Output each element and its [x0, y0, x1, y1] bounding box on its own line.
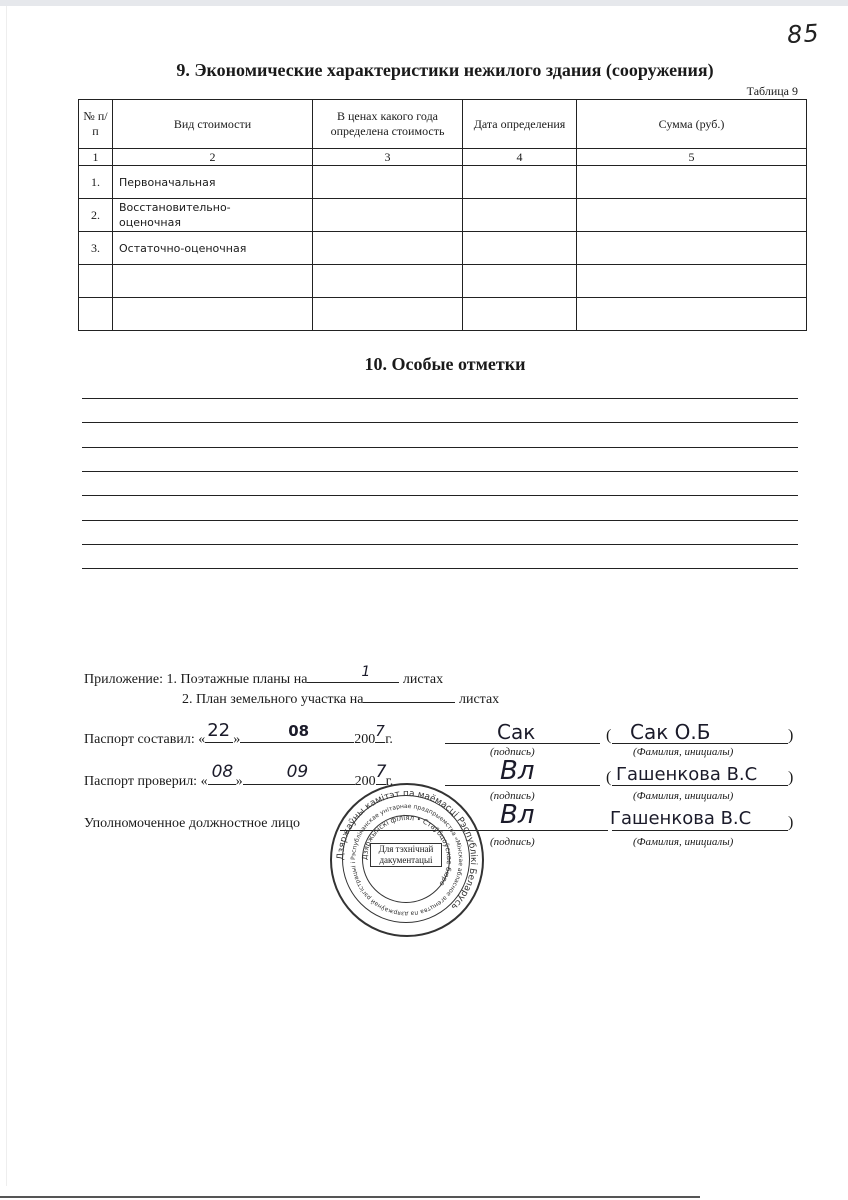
authorized-signature: Вл — [500, 800, 534, 830]
official-seal: Дзяржаўны камітэт па маёмасці Рэспублікі… — [330, 783, 484, 937]
open-paren: ( — [606, 769, 611, 787]
cost-type-cell: Первоначальная — [113, 166, 313, 199]
cost-type-cell — [113, 298, 313, 331]
table-header-row: № п/п Вид стоимости В ценах какого года … — [79, 100, 807, 149]
special-notes-line[interactable] — [82, 447, 798, 448]
row-number — [79, 298, 113, 331]
name-caption: (Фамилия, инициалы) — [633, 790, 733, 802]
header-number: № п/п — [79, 100, 113, 149]
cost-type-cell: Восстановительно-оценочная — [113, 199, 313, 232]
special-notes-line[interactable] — [82, 544, 798, 545]
passport-compiled-row: Паспорт составил: «22»082007г. — [84, 728, 393, 748]
special-notes-line[interactable] — [82, 422, 798, 423]
header-sum: Сумма (руб.) — [577, 100, 807, 149]
scan-edge-bottom — [0, 1196, 700, 1198]
quote: » — [233, 732, 240, 747]
row-number: 2. — [79, 199, 113, 232]
price-year-cell — [313, 166, 463, 199]
year-prefix: 200 — [354, 732, 375, 747]
checked-name-line — [612, 785, 788, 786]
compiled-month: 08 — [288, 722, 309, 740]
special-notes-line[interactable] — [82, 520, 798, 521]
cost-type-cell: Остаточно-оценочная — [113, 232, 313, 265]
appendix-item-1: Приложение: 1. Поэтажные планы на1 листа… — [84, 668, 443, 688]
row-number: 3. — [79, 232, 113, 265]
price-year-cell — [313, 232, 463, 265]
date-cell — [463, 232, 577, 265]
appendix-item-2-field[interactable] — [363, 688, 455, 703]
compiled-month-field[interactable]: 08 — [240, 728, 354, 743]
quote: » — [236, 774, 243, 789]
price-year-cell — [313, 199, 463, 232]
authorized-name: Гашенкова В.С — [610, 808, 751, 829]
appendix-item-1-field[interactable]: 1 — [307, 668, 399, 683]
name-caption: (Фамилия, инициалы) — [633, 836, 733, 848]
appendix-item-1-suffix: листах — [403, 672, 443, 687]
sum-cell — [577, 199, 807, 232]
compiled-signature: Сак — [497, 720, 535, 744]
appendix-item-2-text: 2. План земельного участка на — [182, 692, 363, 707]
special-notes-line[interactable] — [82, 568, 798, 569]
scan-edge-top — [0, 0, 848, 6]
compiled-year-field[interactable]: 7 — [375, 728, 385, 743]
authorized-name-line — [612, 830, 788, 831]
column-index: 4 — [463, 149, 577, 166]
open-paren: ( — [606, 727, 611, 745]
table-row: 2. Восстановительно-оценочная — [79, 199, 807, 232]
date-cell — [463, 199, 577, 232]
checked-name: Гашенкова В.С — [616, 764, 757, 785]
column-index: 1 — [79, 149, 113, 166]
compiled-day: 22 — [207, 720, 230, 741]
special-notes-line[interactable] — [82, 398, 798, 399]
compiled-year-digit: 7 — [375, 722, 385, 740]
compiled-label: Паспорт составил: « — [84, 732, 205, 747]
date-cell — [463, 265, 577, 298]
table-row — [79, 265, 807, 298]
date-cell — [463, 298, 577, 331]
section-9-title: 9. Экономические характеристики нежилого… — [0, 60, 848, 81]
compiled-day-field[interactable]: 22 — [205, 728, 233, 743]
checked-year-field[interactable]: 7 — [376, 770, 386, 785]
appendix-item-2-suffix: листах — [459, 692, 499, 707]
appendix-item-1-text: 1. Поэтажные планы на — [167, 672, 308, 687]
signature-caption: (подпись) — [490, 836, 535, 848]
sum-cell — [577, 265, 807, 298]
special-notes-line[interactable] — [82, 495, 798, 496]
close-paren: ) — [788, 814, 793, 832]
checked-day: 08 — [212, 762, 234, 782]
column-index: 2 — [113, 149, 313, 166]
checked-month: 09 — [287, 762, 309, 782]
handwritten-page-number: 85 — [786, 19, 820, 49]
column-index-row: 1 2 3 4 5 — [79, 149, 807, 166]
price-year-cell — [313, 265, 463, 298]
authorized-person-label: Уполномоченное должностное лицо — [84, 816, 300, 832]
table-row: 1. Первоначальная — [79, 166, 807, 199]
economic-characteristics-table: № п/п Вид стоимости В ценах какого года … — [78, 99, 807, 331]
checked-label: Паспорт проверил: « — [84, 774, 208, 789]
seal-center-text: Для тэхнічнай дакументацыі — [370, 843, 442, 867]
appendix-label: Приложение: — [84, 672, 163, 687]
sum-cell — [577, 232, 807, 265]
column-index: 5 — [577, 149, 807, 166]
compiled-name: Сак О.Б — [630, 720, 710, 744]
close-paren: ) — [788, 769, 793, 787]
table-row: 3. Остаточно-оценочная — [79, 232, 807, 265]
checked-year-digit: 7 — [376, 762, 387, 782]
year-suffix: г. — [385, 732, 393, 747]
appendix-item-2: 2. План земельного участка на листах — [182, 688, 499, 708]
scan-edge-left — [6, 6, 7, 1186]
header-cost-type: Вид стоимости — [113, 100, 313, 149]
header-date: Дата определения — [463, 100, 577, 149]
sum-cell — [577, 298, 807, 331]
date-cell — [463, 166, 577, 199]
column-index: 3 — [313, 149, 463, 166]
cost-type-cell — [113, 265, 313, 298]
row-number — [79, 265, 113, 298]
special-notes-line[interactable] — [82, 471, 798, 472]
sum-cell — [577, 166, 807, 199]
checked-signature: Вл — [500, 756, 534, 786]
header-price-year: В ценах какого года определена стоимость — [313, 100, 463, 149]
table-row — [79, 298, 807, 331]
row-number: 1. — [79, 166, 113, 199]
name-caption: (Фамилия, инициалы) — [633, 746, 733, 758]
checked-day-field[interactable]: 08 — [208, 770, 236, 785]
section-10-title: 10. Особые отметки — [0, 354, 848, 375]
close-paren: ) — [788, 727, 793, 745]
appendix-item-1-value: 1 — [361, 664, 370, 680]
checked-month-field[interactable]: 09 — [243, 770, 355, 785]
table-caption: Таблица 9 — [747, 84, 798, 99]
price-year-cell — [313, 298, 463, 331]
